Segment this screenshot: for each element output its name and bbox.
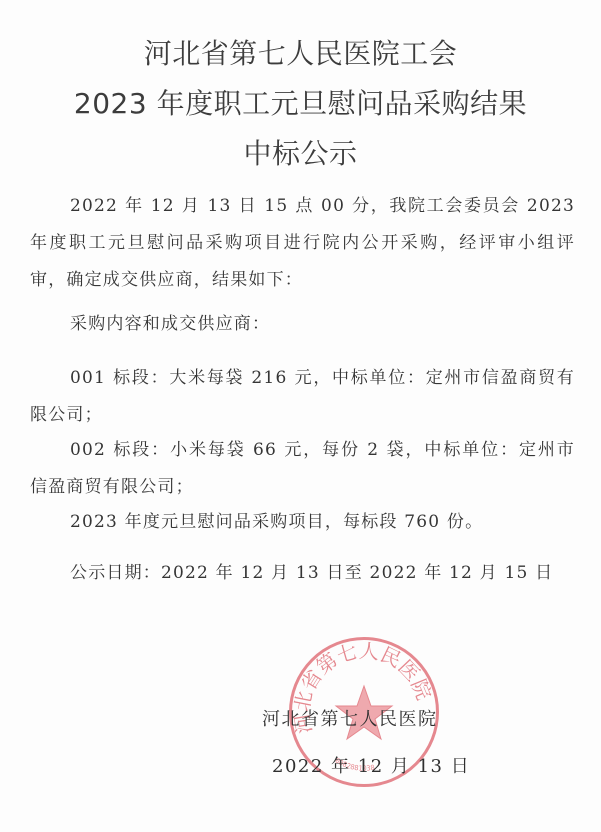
signature-date: 2022 年 12 月 13 日 xyxy=(272,752,470,778)
section-heading: 采购内容和成交供应商： xyxy=(70,306,570,343)
intro-paragraph: 2022 年 12 月 13 日 15 点 00 分，我院工会委员会 2023 … xyxy=(30,188,575,299)
quantity-paragraph: 2023 年度元旦慰问品采购项目，每标段 760 份。 xyxy=(70,504,570,541)
title-organization: 河北省第七人民医院工会 xyxy=(0,32,601,72)
title-project: 2023 年度职工元旦慰问品采购结果 xyxy=(0,82,601,122)
lot-002-paragraph: 002 标段：小米每袋 66 元，每份 2 袋，中标单位：定州市信盈商贸有限公司… xyxy=(30,432,575,506)
notice-period-paragraph: 公示日期：2022 年 12 月 13 日至 2022 年 12 月 15 日 xyxy=(70,555,570,592)
lot-001-paragraph: 001 标段：大米每袋 216 元，中标单位：定州市信盈商贸有限公司； xyxy=(30,360,575,434)
document-page: 河北省第七人民医院工会 2023 年度职工元旦慰问品采购结果 中标公示 2022… xyxy=(0,0,601,832)
signature-organization: 河北省第七人民医院 xyxy=(262,705,438,731)
title-notice-type: 中标公示 xyxy=(0,132,601,172)
